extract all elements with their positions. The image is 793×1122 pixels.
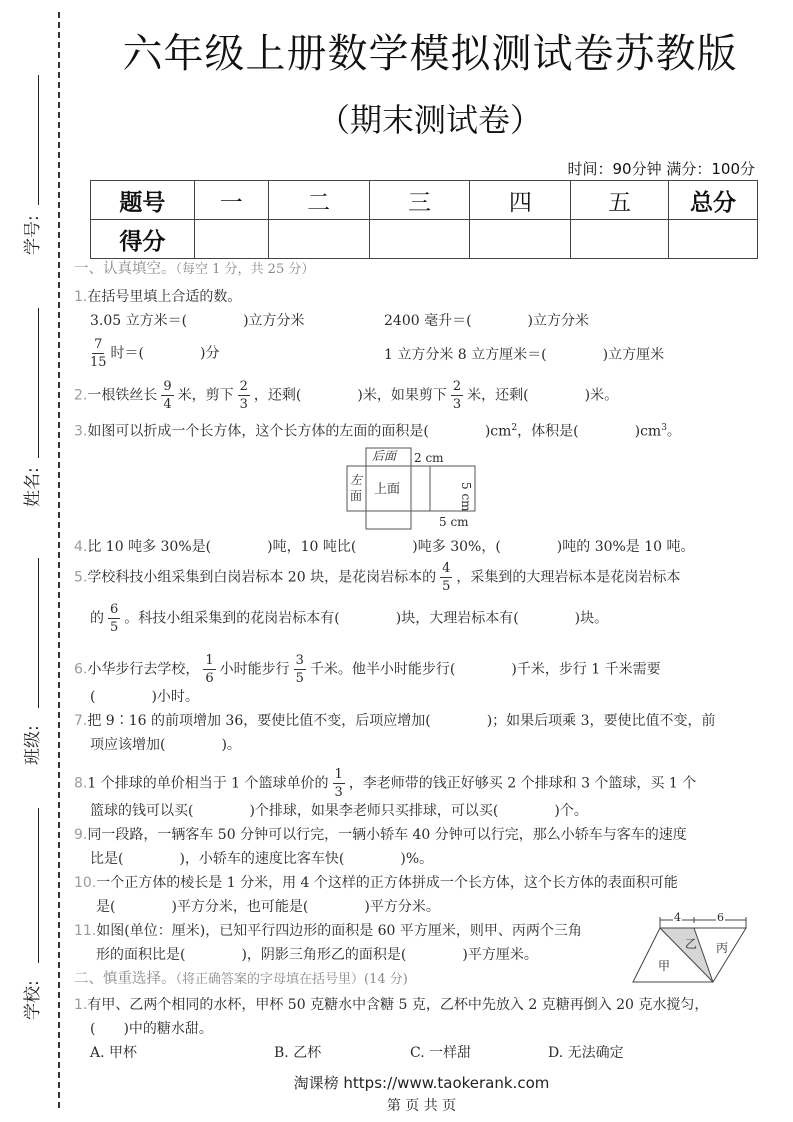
fraction: 13 [333, 768, 345, 799]
score-row-label: 得分 [91, 220, 195, 259]
header-col-3: 三 [369, 181, 470, 220]
page-title: 六年级上册数学模拟测试卷苏教版 [90, 22, 770, 79]
dimension-4: 4 [673, 912, 682, 923]
label-jia: 甲 [658, 960, 670, 972]
score-table-header-row: 题号 一 二 三 四 五 总分 [91, 181, 758, 220]
question-1c: 715时＝( )分 [86, 338, 219, 369]
question-text: 在括号里填上合适的数。 [87, 289, 241, 305]
question-number: 8. [74, 776, 87, 792]
section-2-title: 二、慎重选择。 [74, 971, 176, 987]
question-number: 3. [74, 424, 87, 440]
question-1d-text: 1 立方分米 8 立方厘米＝( )立方厘米 [384, 347, 664, 363]
question-7: 7.把 9∶16 的前项增加 36，要使比值不变，后项应增加( )；如果后项乘 … [74, 714, 716, 728]
school-line[interactable] [38, 808, 39, 963]
section-2-question-1: 1.有甲、乙两个相同的水杯，甲杯 50 克糖水中含糖 5 克，乙杯中先放入 2 … [74, 998, 708, 1012]
header-col-5: 五 [571, 181, 669, 220]
score-cell-4[interactable] [470, 220, 571, 259]
section-1-note: （每空 1 分，共 25 分） [176, 262, 315, 277]
class-label: 班级: [18, 725, 43, 765]
name-label: 姓名: [18, 467, 43, 507]
label-left-face-2: 面 [350, 490, 362, 502]
question-5-cont: 的65。科技小组采集到的花岗岩标本有( )块，大理岩标本有( )块。 [90, 603, 608, 634]
student-id-line[interactable] [38, 75, 39, 205]
header-total: 总分 [669, 181, 758, 220]
question-1d: 1 立方分米 8 立方厘米＝( )立方厘米 [384, 348, 664, 362]
section-1-title: 一、认真填空。 [74, 261, 176, 277]
binding-dashed-line [58, 12, 60, 1108]
watermark: 淘课榜 https://www.taokerank.com [25, 1072, 793, 1093]
score-table: 题号 一 二 三 四 五 总分 得分 [90, 180, 758, 259]
question-8: 8.1 个排球的单价相当于 1 个篮球单价的13，李老师带的钱正好够买 2 个排… [74, 768, 696, 799]
question-number: 4. [74, 539, 87, 555]
score-table-score-row: 得分 [91, 220, 758, 259]
question-3: 3.如图可以折成一个长方体，这个长方体的左面的面积是( )cm2，体积是( )c… [74, 424, 681, 439]
question-8-cont: 篮球的钱可以买( )个排球，如果李老师只买排球，可以买( )个。 [90, 804, 588, 818]
fraction: 715 [90, 338, 107, 369]
score-cell-3[interactable] [369, 220, 470, 259]
score-cell-total[interactable] [669, 220, 758, 259]
question-5: 5.学校科技小组采集到白岗岩标本 20 块，是花岗岩标本的45，采集到的大理岩标… [74, 562, 680, 593]
dimension-2cm: 2 cm [414, 452, 444, 464]
question-number: 7. [74, 713, 87, 729]
page-number: 第 页 共 页 [25, 1095, 793, 1115]
question-1a: 3.05 立方米＝( )立方分米 [90, 314, 305, 328]
question-9-cont: 比是( )，小轿车的速度比客车快( )%。 [90, 852, 433, 866]
question-6-cont: ( )小时。 [90, 690, 199, 704]
question-1: 1.在括号里填上合适的数。 [74, 290, 241, 304]
section-2-question-1-cont: ( )中的糖水甜。 [90, 1022, 213, 1036]
parallelogram-diagram [630, 914, 770, 986]
option-b[interactable]: B. 乙杯 [274, 1046, 321, 1060]
question-6: 6.小华步行去学校，16小时能步行35千米。他半小时能步行( )千米，步行 1 … [74, 654, 661, 685]
dimension-6: 6 [716, 912, 725, 923]
section-2-note: （将正确答案的字母填在括号里）(14 分) [176, 972, 408, 987]
question-10: 10.一个正方体的棱长是 1 分米，用 4 个这样的正方体拼成一个长方体，这个长… [74, 876, 678, 890]
question-1a-text: 3.05 立方米＝( )立方分米 [90, 313, 305, 329]
section-2-heading: 二、慎重选择。（将正确答案的字母填在括号里）(14 分) [74, 972, 408, 987]
question-2: 2.一根铁丝长94米，剪下23，还剩( )米，如果剪下23米，还剩( )米。 [74, 380, 618, 411]
exam-meta: 时间：90分钟 满分：100分 [568, 158, 756, 179]
header-col-4: 四 [470, 181, 571, 220]
score-cell-5[interactable] [571, 220, 669, 259]
question-number: 10. [74, 875, 96, 891]
label-bing: 丙 [716, 942, 728, 954]
fraction: 23 [451, 380, 463, 411]
label-yi: 乙 [685, 938, 697, 950]
dimension-5cm-vertical: 5 cm [460, 482, 472, 512]
question-number: 11. [74, 923, 96, 939]
dimension-5cm-horizontal: 5 cm [439, 516, 469, 528]
score-cell-1[interactable] [194, 220, 268, 259]
question-number: 1. [74, 997, 87, 1013]
fraction: 35 [294, 654, 306, 685]
question-7-cont: 项应该增加( )。 [90, 738, 241, 752]
question-number: 9. [74, 827, 87, 843]
class-line[interactable] [38, 558, 39, 708]
question-1b-text: 2400 毫升＝( )立方分米 [384, 313, 589, 329]
question-number: 2. [74, 388, 87, 404]
page-subtitle: （期末测试卷） [90, 95, 770, 141]
label-left-face-1: 左 [350, 474, 362, 486]
question-1c-text: 时＝( )分 [111, 346, 220, 362]
fraction: 16 [203, 654, 215, 685]
parallelogram-figure: 4 6 乙 丙 甲 [630, 914, 770, 986]
question-11-cont: 形的面积比是( )，阴影三角形乙的面积是( )平方厘米。 [96, 948, 538, 962]
option-d[interactable]: D. 无法确定 [548, 1046, 624, 1060]
section-1-heading: 一、认真填空。（每空 1 分，共 25 分） [74, 262, 314, 277]
question-1b: 2400 毫升＝( )立方分米 [384, 314, 589, 328]
header-question-number: 题号 [91, 181, 195, 220]
fraction: 45 [440, 562, 452, 593]
name-line[interactable] [38, 308, 39, 458]
question-9: 9.同一段路，一辆客车 50 分钟可以行完，一辆小轿车 40 分钟可以行完，那么… [74, 828, 687, 842]
score-cell-2[interactable] [268, 220, 369, 259]
cuboid-net-figure: 后面 2 cm 左 面 上面 5 cm 5 cm [344, 444, 504, 530]
fraction: 23 [238, 380, 250, 411]
fraction: 65 [108, 603, 120, 634]
question-4: 4.比 10 吨多 30%是( )吨，10 吨比( )吨多 30%，( )吨的 … [74, 540, 695, 554]
question-10-cont: 是( )平方分米，也可能是( )平方分米。 [96, 900, 440, 914]
question-number: 5. [74, 570, 87, 586]
option-a[interactable]: A. 甲杯 [90, 1046, 137, 1060]
header-col-2: 二 [268, 181, 369, 220]
fraction: 94 [161, 380, 173, 411]
question-number: 6. [74, 662, 87, 678]
student-id-label: 学号: [18, 215, 43, 255]
question-number: 1. [74, 289, 87, 305]
option-c[interactable]: C. 一样甜 [410, 1046, 471, 1060]
label-top-face: 上面 [374, 483, 400, 496]
header-col-1: 一 [194, 181, 268, 220]
school-label: 学校: [18, 980, 43, 1020]
label-back-face: 后面 [372, 450, 396, 462]
question-11: 11.如图(单位：厘米)，已知平行四边形的面积是 60 平方厘米，则甲、丙两个三… [74, 924, 582, 938]
